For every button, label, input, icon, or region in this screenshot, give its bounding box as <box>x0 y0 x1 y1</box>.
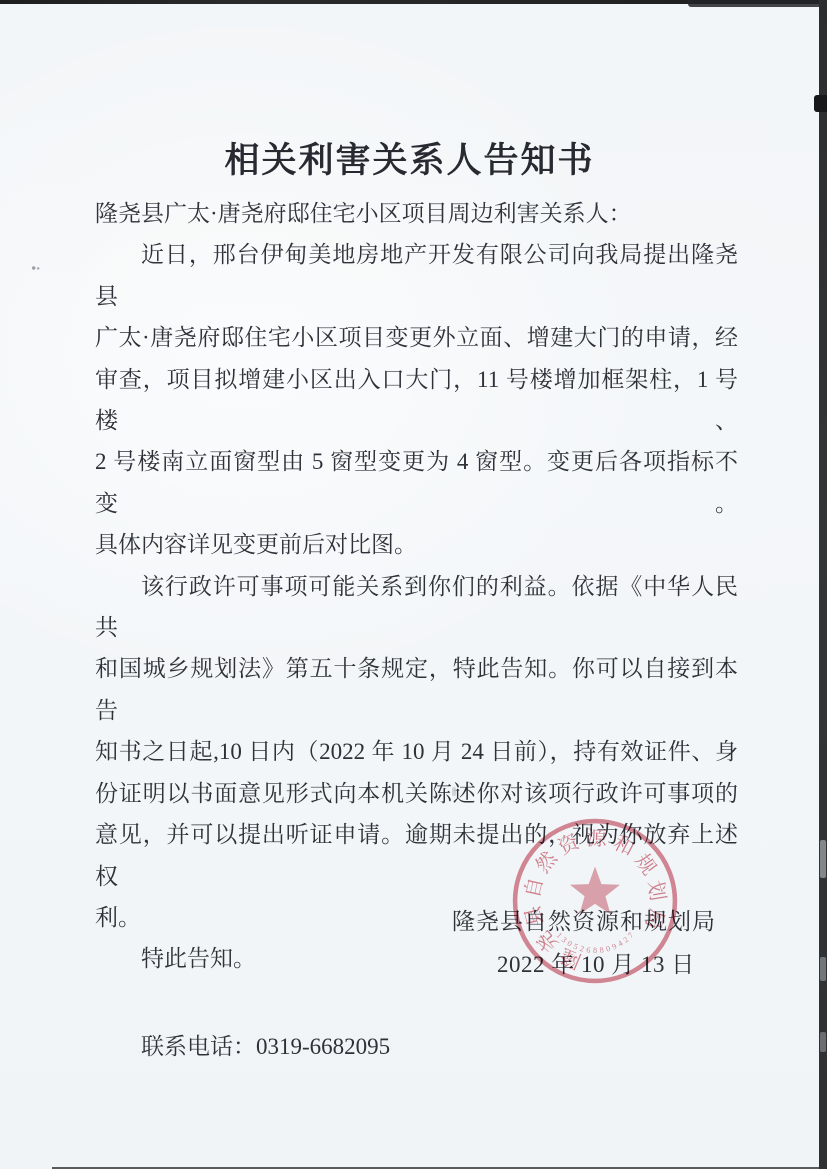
svg-text:规: 规 <box>630 850 660 880</box>
svg-text:6: 6 <box>586 945 591 954</box>
scan-speck <box>31 266 40 270</box>
salutation-line: 隆尧县广太·唐尧府邸住宅小区项目周边利害关系人： <box>95 193 738 234</box>
seal-star <box>570 867 620 915</box>
body-line: 广太·唐尧府邸住宅小区项目变更外立面、增建大门的申请，经 <box>95 317 738 358</box>
contact-phone-line: 联系电话：0319-6682095 <box>95 1026 738 1067</box>
scan-edge-top-right <box>688 0 827 7</box>
scan-edge-notch <box>814 95 827 112</box>
svg-text:源: 源 <box>586 827 608 850</box>
svg-text:自: 自 <box>521 875 548 900</box>
svg-text:0: 0 <box>605 944 611 954</box>
svg-text:划: 划 <box>643 879 669 903</box>
svg-text:局: 局 <box>641 906 668 932</box>
svg-text:8: 8 <box>599 945 604 954</box>
body-line: 近日，邢台伊甸美地房地产开发有限公司向我局提出隆尧县 <box>95 234 738 317</box>
body-line: 知书之日起,10 日内（2022 年 10 月 24 日前），持有效证件、身 <box>95 731 738 772</box>
body-line: 和国城乡规划法》第五十条规定，特此告知。你可以自接到本告 <box>95 648 738 731</box>
svg-text:资: 资 <box>555 830 584 860</box>
body-line: 该行政许可事项可能关系到你们的利益。依据《中华人民共 <box>95 566 738 649</box>
body-line: 2 号楼南立面窗型由 5 窗型变更为 4 窗型。变更后各项指标不变。 <box>95 441 738 524</box>
svg-text:尧: 尧 <box>532 926 563 956</box>
svg-text:7: 7 <box>626 931 635 940</box>
svg-text:县: 县 <box>521 904 548 929</box>
svg-text:8: 8 <box>593 946 597 955</box>
scan-speck <box>452 787 456 796</box>
body-line: 份证明以书面意见形式向本机关陈述你对该项行政许可事项的 <box>95 773 738 814</box>
body-line: 具体内容详见变更前后对比图。 <box>95 524 738 565</box>
scan-edge-mark <box>820 1032 826 1052</box>
svg-text:然: 然 <box>531 846 562 877</box>
scan-edge-mark <box>820 957 826 981</box>
svg-text:和: 和 <box>610 831 639 861</box>
scan-edge-mark <box>820 840 826 878</box>
scan-edge-right <box>819 0 827 1169</box>
body-line: 审查，项目拟增建小区出入口大门，11 号楼增加框架柱，1 号楼、 <box>95 359 738 442</box>
document-title: 相关利害关系人告知书 <box>0 133 819 183</box>
official-seal: 隆尧县自然资源和规划局 1305268809427 <box>509 815 681 987</box>
